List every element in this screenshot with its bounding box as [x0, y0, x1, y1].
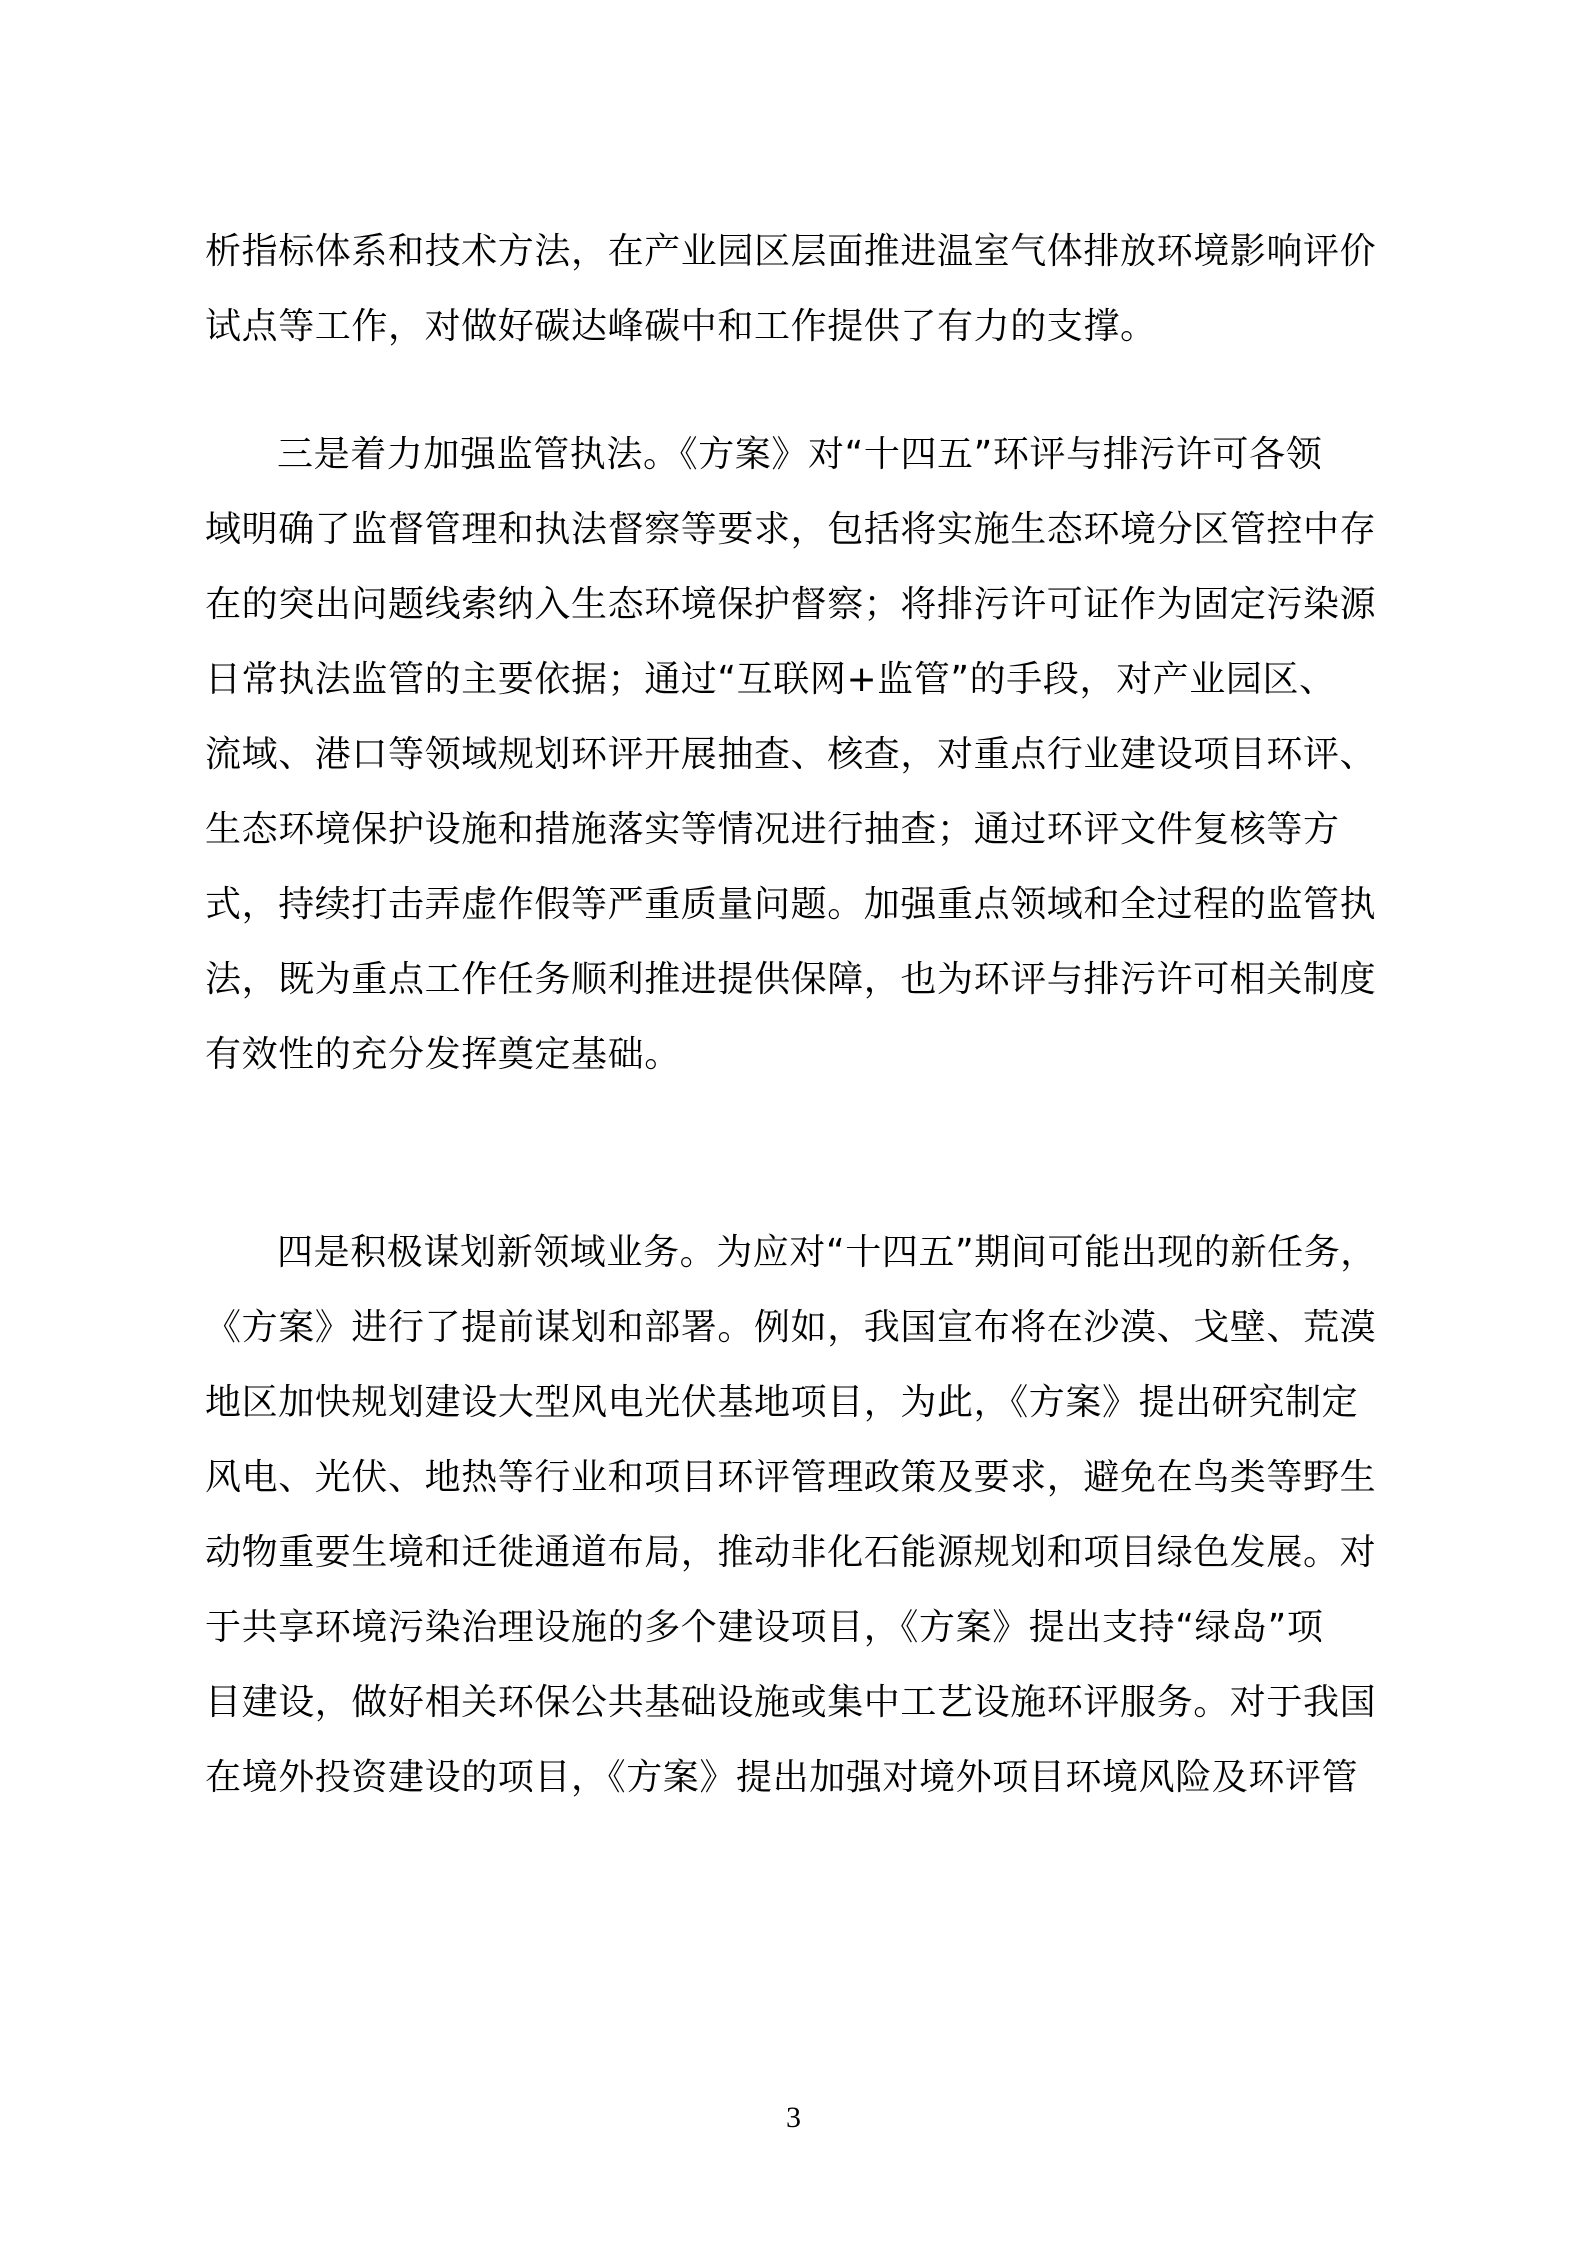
page-number: 3 — [0, 2098, 1587, 2138]
text-line: 式，持续打击弄虚作假等严重质量问题。加强重点领域和全过程的监管执 — [205, 867, 1355, 942]
text-line: 动物重要生境和迁徙通道布局，推动非化石能源规划和项目绿色发展。对 — [205, 1515, 1355, 1590]
paragraph-continued: 析指标体系和技术方法，在产业园区层面推进温室气体排放环境影响评价 试点等工作，对… — [205, 214, 1355, 364]
text-line: 法，既为重点工作任务顺利推进提供保障，也为环评与排污许可相关制度 — [205, 942, 1355, 1017]
text-line: 在境外投资建设的项目，《方案》提出加强对境外项目环境风险及环评管 — [205, 1740, 1355, 1815]
text-line: 《方案》进行了提前谋划和部署。例如，我国宣布将在沙漠、戈壁、荒漠 — [205, 1290, 1355, 1365]
paragraph-new-business-areas: 四是积极谋划新领域业务。为应对“十四五”期间可能出现的新任务， 《方案》进行了提… — [205, 1215, 1355, 1815]
text-line: 目建设，做好相关环保公共基础设施或集中工艺设施环评服务。对于我国 — [205, 1665, 1355, 1740]
text-line-first: 三是着力加强监管执法。《方案》对“十四五”环评与排污许可各领 — [205, 417, 1355, 492]
text-line: 生态环境保护设施和措施落实等情况进行抽查；通过环评文件复核等方 — [205, 792, 1355, 867]
text-line: 在的突出问题线索纳入生态环境保护督察；将排污许可证作为固定污染源 — [205, 567, 1355, 642]
text-line: 于共享环境污染治理设施的多个建设项目，《方案》提出支持“绿岛”项 — [205, 1590, 1355, 1665]
text-line: 有效性的充分发挥奠定基础。 — [205, 1017, 1355, 1092]
text-line: 地区加快规划建设大型风电光伏基地项目，为此，《方案》提出研究制定 — [205, 1365, 1355, 1440]
document-page: 析指标体系和技术方法，在产业园区层面推进温室气体排放环境影响评价 试点等工作，对… — [0, 0, 1587, 2245]
text-line: 流域、港口等领域规划环评开展抽查、核查，对重点行业建设项目环评、 — [205, 717, 1355, 792]
text-line: 域明确了监督管理和执法督察等要求，包括将实施生态环境分区管控中存 — [205, 492, 1355, 567]
paragraph-supervision-enforcement: 三是着力加强监管执法。《方案》对“十四五”环评与排污许可各领 域明确了监督管理和… — [205, 417, 1355, 1092]
text-line: 试点等工作，对做好碳达峰碳中和工作提供了有力的支撑。 — [205, 289, 1355, 364]
text-line: 日常执法监管的主要依据；通过“互联网+监管”的手段，对产业园区、 — [205, 642, 1355, 717]
text-line-first: 四是积极谋划新领域业务。为应对“十四五”期间可能出现的新任务， — [205, 1215, 1355, 1290]
text-line: 析指标体系和技术方法，在产业园区层面推进温室气体排放环境影响评价 — [205, 214, 1355, 289]
text-line: 风电、光伏、地热等行业和项目环评管理政策及要求，避免在鸟类等野生 — [205, 1440, 1355, 1515]
